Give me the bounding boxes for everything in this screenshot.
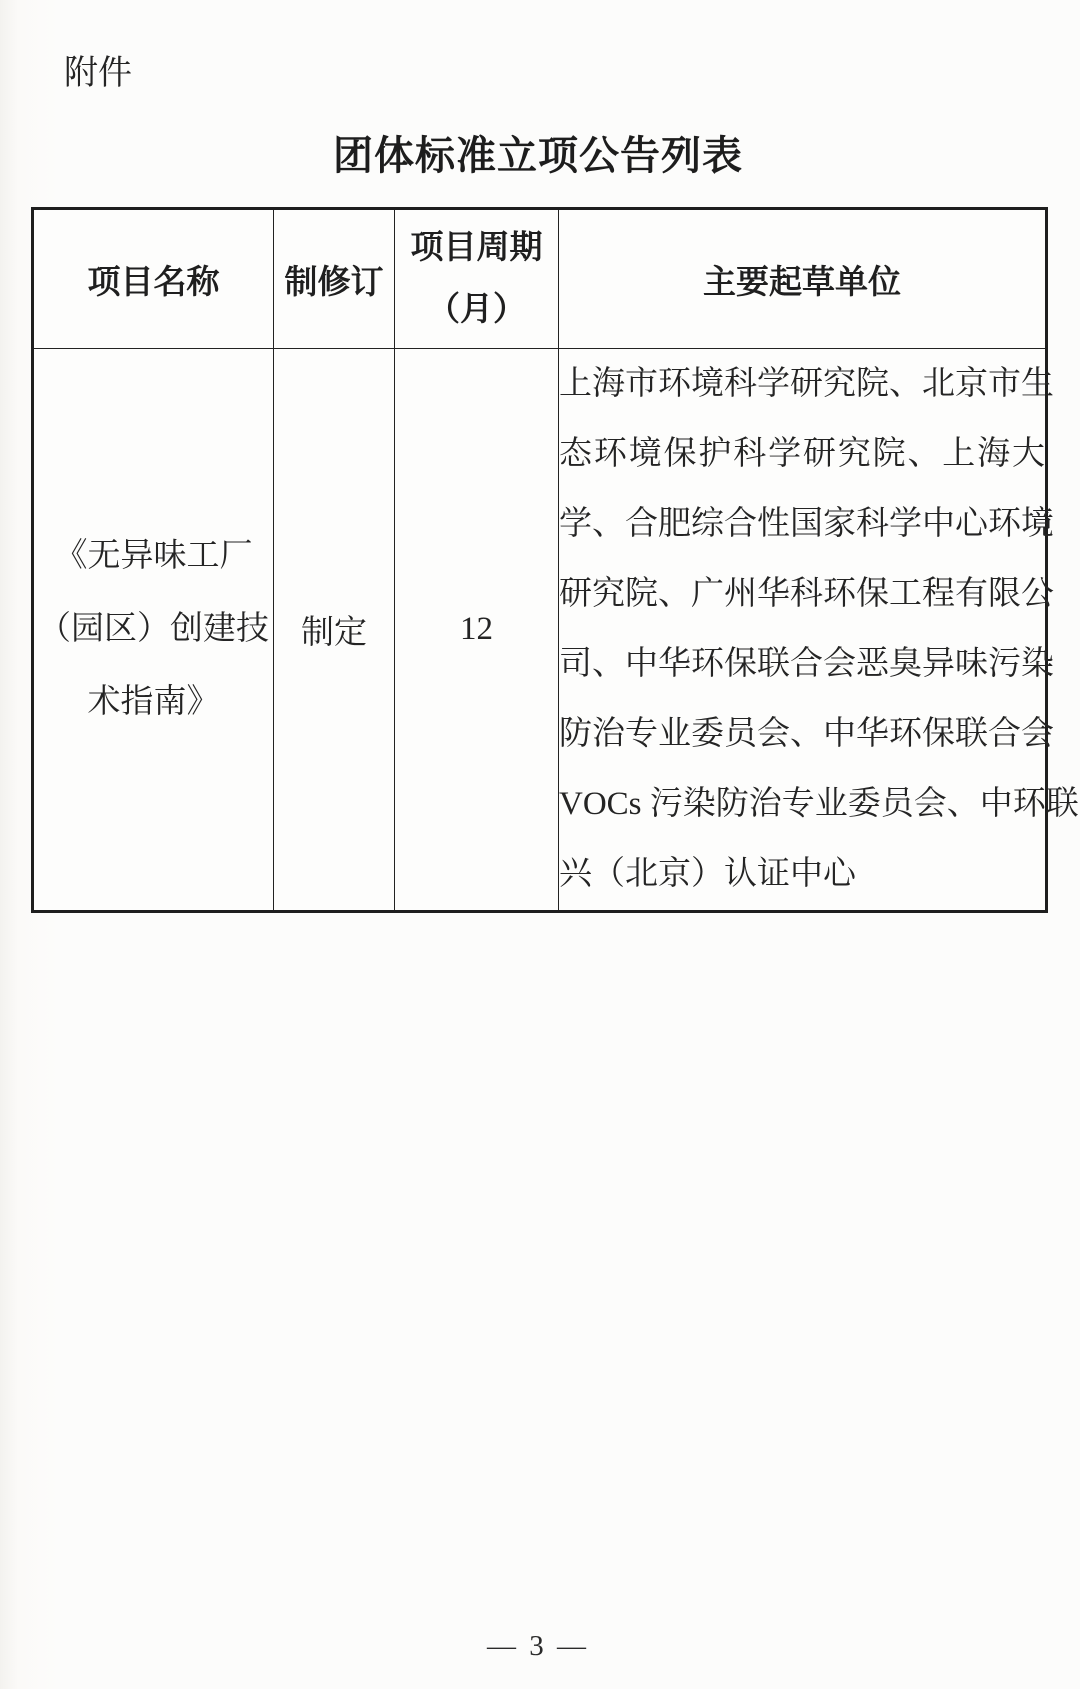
header-project-period: 项目周期（月） <box>395 209 559 349</box>
cell-project-name-line: 术指南》 <box>34 666 273 739</box>
page-title: 团体标准立项公告列表 <box>31 124 1045 181</box>
header-project-name: 项目名称 <box>33 209 274 349</box>
page-number: — 3 — <box>31 1630 1045 1663</box>
header-drafting-units: 主要起草单位 <box>559 209 1047 349</box>
header-project-period-line: 项目周期 <box>395 217 558 279</box>
cell-drafting-units-line: VOCs 污染防治专业委员会、中环联 <box>559 769 1045 839</box>
cell-project-name-line: （园区）创建技 <box>34 593 273 666</box>
cell-drafting-units-line: 态环境保护科学研究院、上海大 <box>559 419 1045 489</box>
cell-drafting-units-line: 防治专业委员会、中华环保联合会 <box>559 699 1045 769</box>
cell-period-months: 12 <box>395 349 559 912</box>
cell-revision-type: 制定 <box>274 349 395 912</box>
cell-drafting-units-line: 研究院、广州华科环保工程有限公 <box>559 559 1045 629</box>
cell-project-name-line: 《无异味工厂 <box>34 520 273 593</box>
standards-table: 项目名称 制修订 项目周期（月） 主要起草单位 《无异味工厂（园区）创建技术指南… <box>31 207 1048 913</box>
attachment-label: 附件 <box>64 54 132 95</box>
table-row: 《无异味工厂（园区）创建技术指南》 制定 12 上海市环境科学研究院、北京市生态… <box>33 349 1047 912</box>
cell-drafting-units-line: 司、中华环保联合会恶臭异味污染 <box>559 629 1045 699</box>
cell-drafting-units-line: 兴（北京）认证中心 <box>559 839 1045 909</box>
header-revision-type: 制修订 <box>274 209 395 349</box>
document-page: 附件 团体标准立项公告列表 项目名称 制修订 项目周期（月） 主要起草单位 《无… <box>0 0 1080 1689</box>
cell-project-name: 《无异味工厂（园区）创建技术指南》 <box>33 349 274 912</box>
table-header-row: 项目名称 制修订 项目周期（月） 主要起草单位 <box>33 209 1047 349</box>
cell-drafting-units: 上海市环境科学研究院、北京市生态环境保护科学研究院、上海大学、合肥综合性国家科学… <box>559 349 1047 912</box>
cell-drafting-units-line: 学、合肥综合性国家科学中心环境 <box>559 489 1045 559</box>
cell-drafting-units-line: 上海市环境科学研究院、北京市生 <box>559 349 1045 419</box>
header-project-period-line: （月） <box>395 279 558 341</box>
